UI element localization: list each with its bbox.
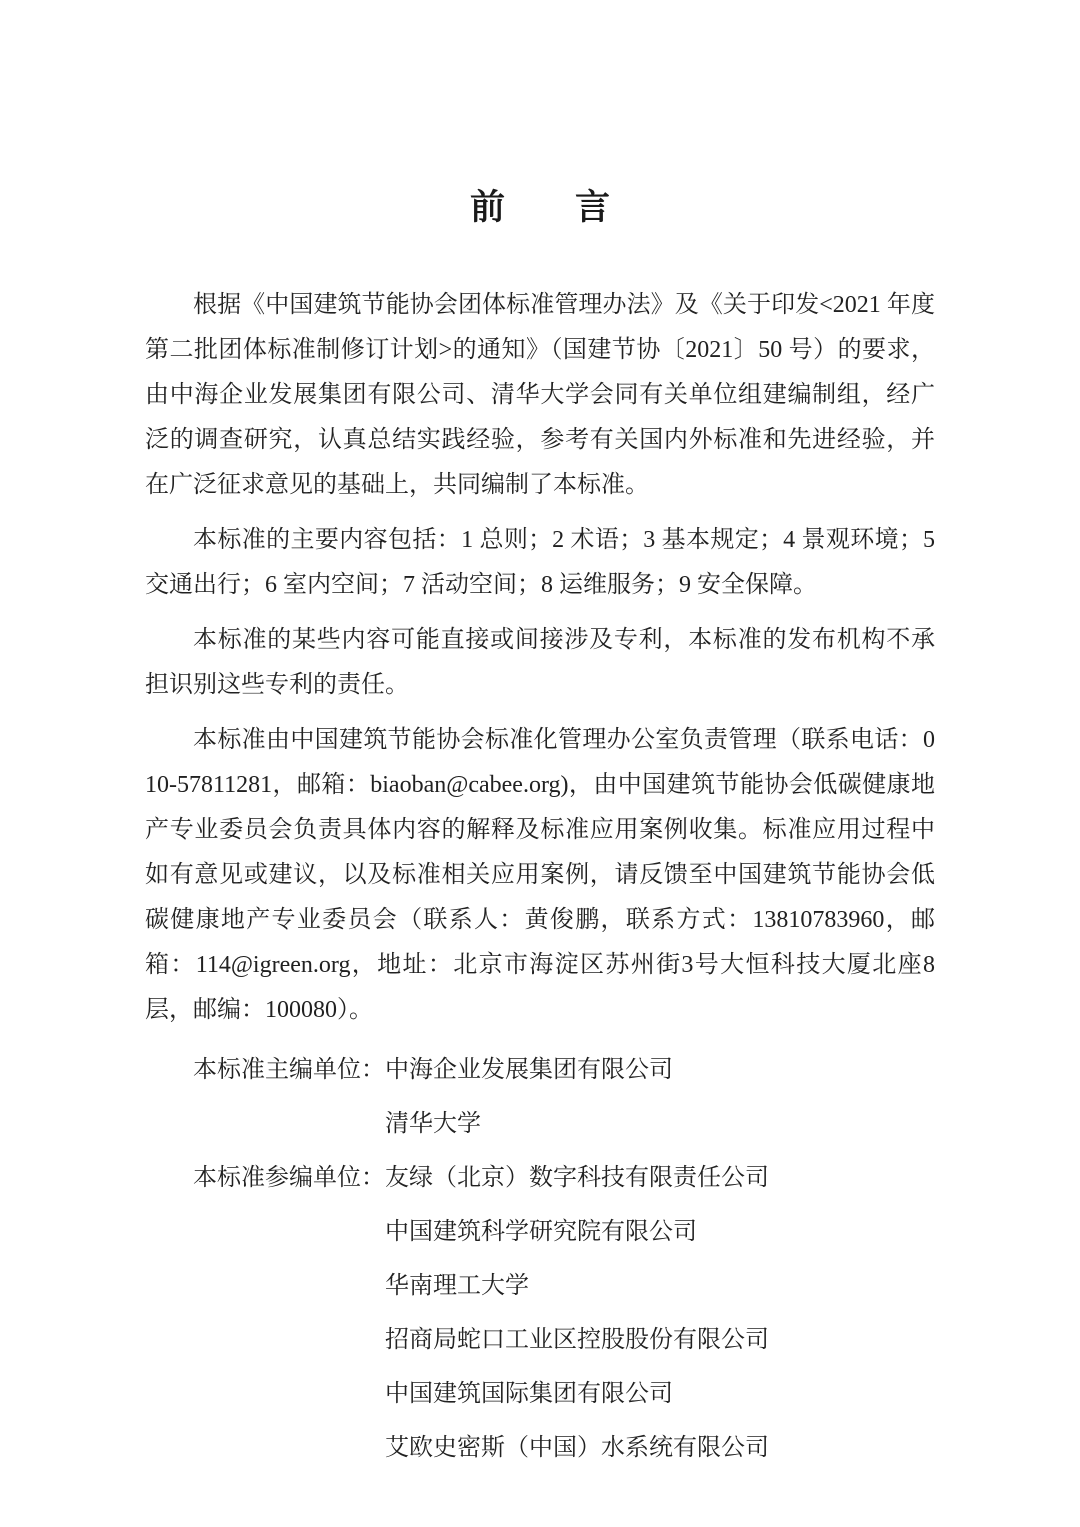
participating-unit-name: 艾欧史密斯（中国）水系统有限公司: [385, 1435, 769, 1461]
participating-unit-name: 中国建筑科学研究院有限公司: [385, 1219, 697, 1245]
participating-unit-row: 本标准参编单位：友绿（北京）数字科技有限责任公司: [145, 1151, 935, 1205]
paragraph-standard-basis: 根据《中国建筑节能协会团体标准管理办法》及《关于印发<2021 年度第二批团体标…: [145, 283, 935, 508]
participating-unit-row: 中国建筑科学研究院有限公司: [145, 1205, 935, 1259]
chief-editor-unit-row: 本标准主编单位：中海企业发展集团有限公司: [145, 1043, 935, 1097]
chief-editor-label: 本标准主编单位：: [193, 1057, 385, 1083]
chief-editor-unit-name: 清华大学: [385, 1111, 481, 1137]
participating-unit-row: 招商局蛇口工业区控股股份有限公司: [145, 1313, 935, 1367]
paragraph-patent-disclaimer: 本标准的某些内容可能直接或间接涉及专利，本标准的发布机构不承担识别这些专利的责任…: [145, 618, 935, 708]
participating-unit-name: 华南理工大学: [385, 1273, 529, 1299]
paragraph-main-contents: 本标准的主要内容包括：1 总则；2 术语；3 基本规定；4 景观环境；5 交通出…: [145, 518, 935, 608]
paragraph-management-contact: 本标准由中国建筑节能协会标准化管理办公室负责管理（联系电话：010-578112…: [145, 718, 935, 1033]
participating-unit-row: 中国建筑国际集团有限公司: [145, 1367, 935, 1421]
participating-unit-name: 招商局蛇口工业区控股股份有限公司: [385, 1327, 769, 1353]
participating-unit-row: 艾欧史密斯（中国）水系统有限公司: [145, 1421, 935, 1475]
page-title: 前 言: [145, 190, 935, 225]
document-page: 前 言 根据《中国建筑节能协会团体标准管理办法》及《关于印发<2021 年度第二…: [0, 0, 1080, 1527]
editing-units-section: 本标准主编单位：中海企业发展集团有限公司 清华大学 本标准参编单位：友绿（北京）…: [145, 1043, 935, 1475]
participating-unit-name: 中国建筑国际集团有限公司: [385, 1381, 673, 1407]
participating-unit-name: 友绿（北京）数字科技有限责任公司: [385, 1165, 769, 1191]
participating-units-label: 本标准参编单位：: [193, 1165, 385, 1191]
chief-editor-unit-name: 中海企业发展集团有限公司: [385, 1057, 673, 1083]
participating-unit-row: 华南理工大学: [145, 1259, 935, 1313]
chief-editor-unit-row: 清华大学: [145, 1097, 935, 1151]
